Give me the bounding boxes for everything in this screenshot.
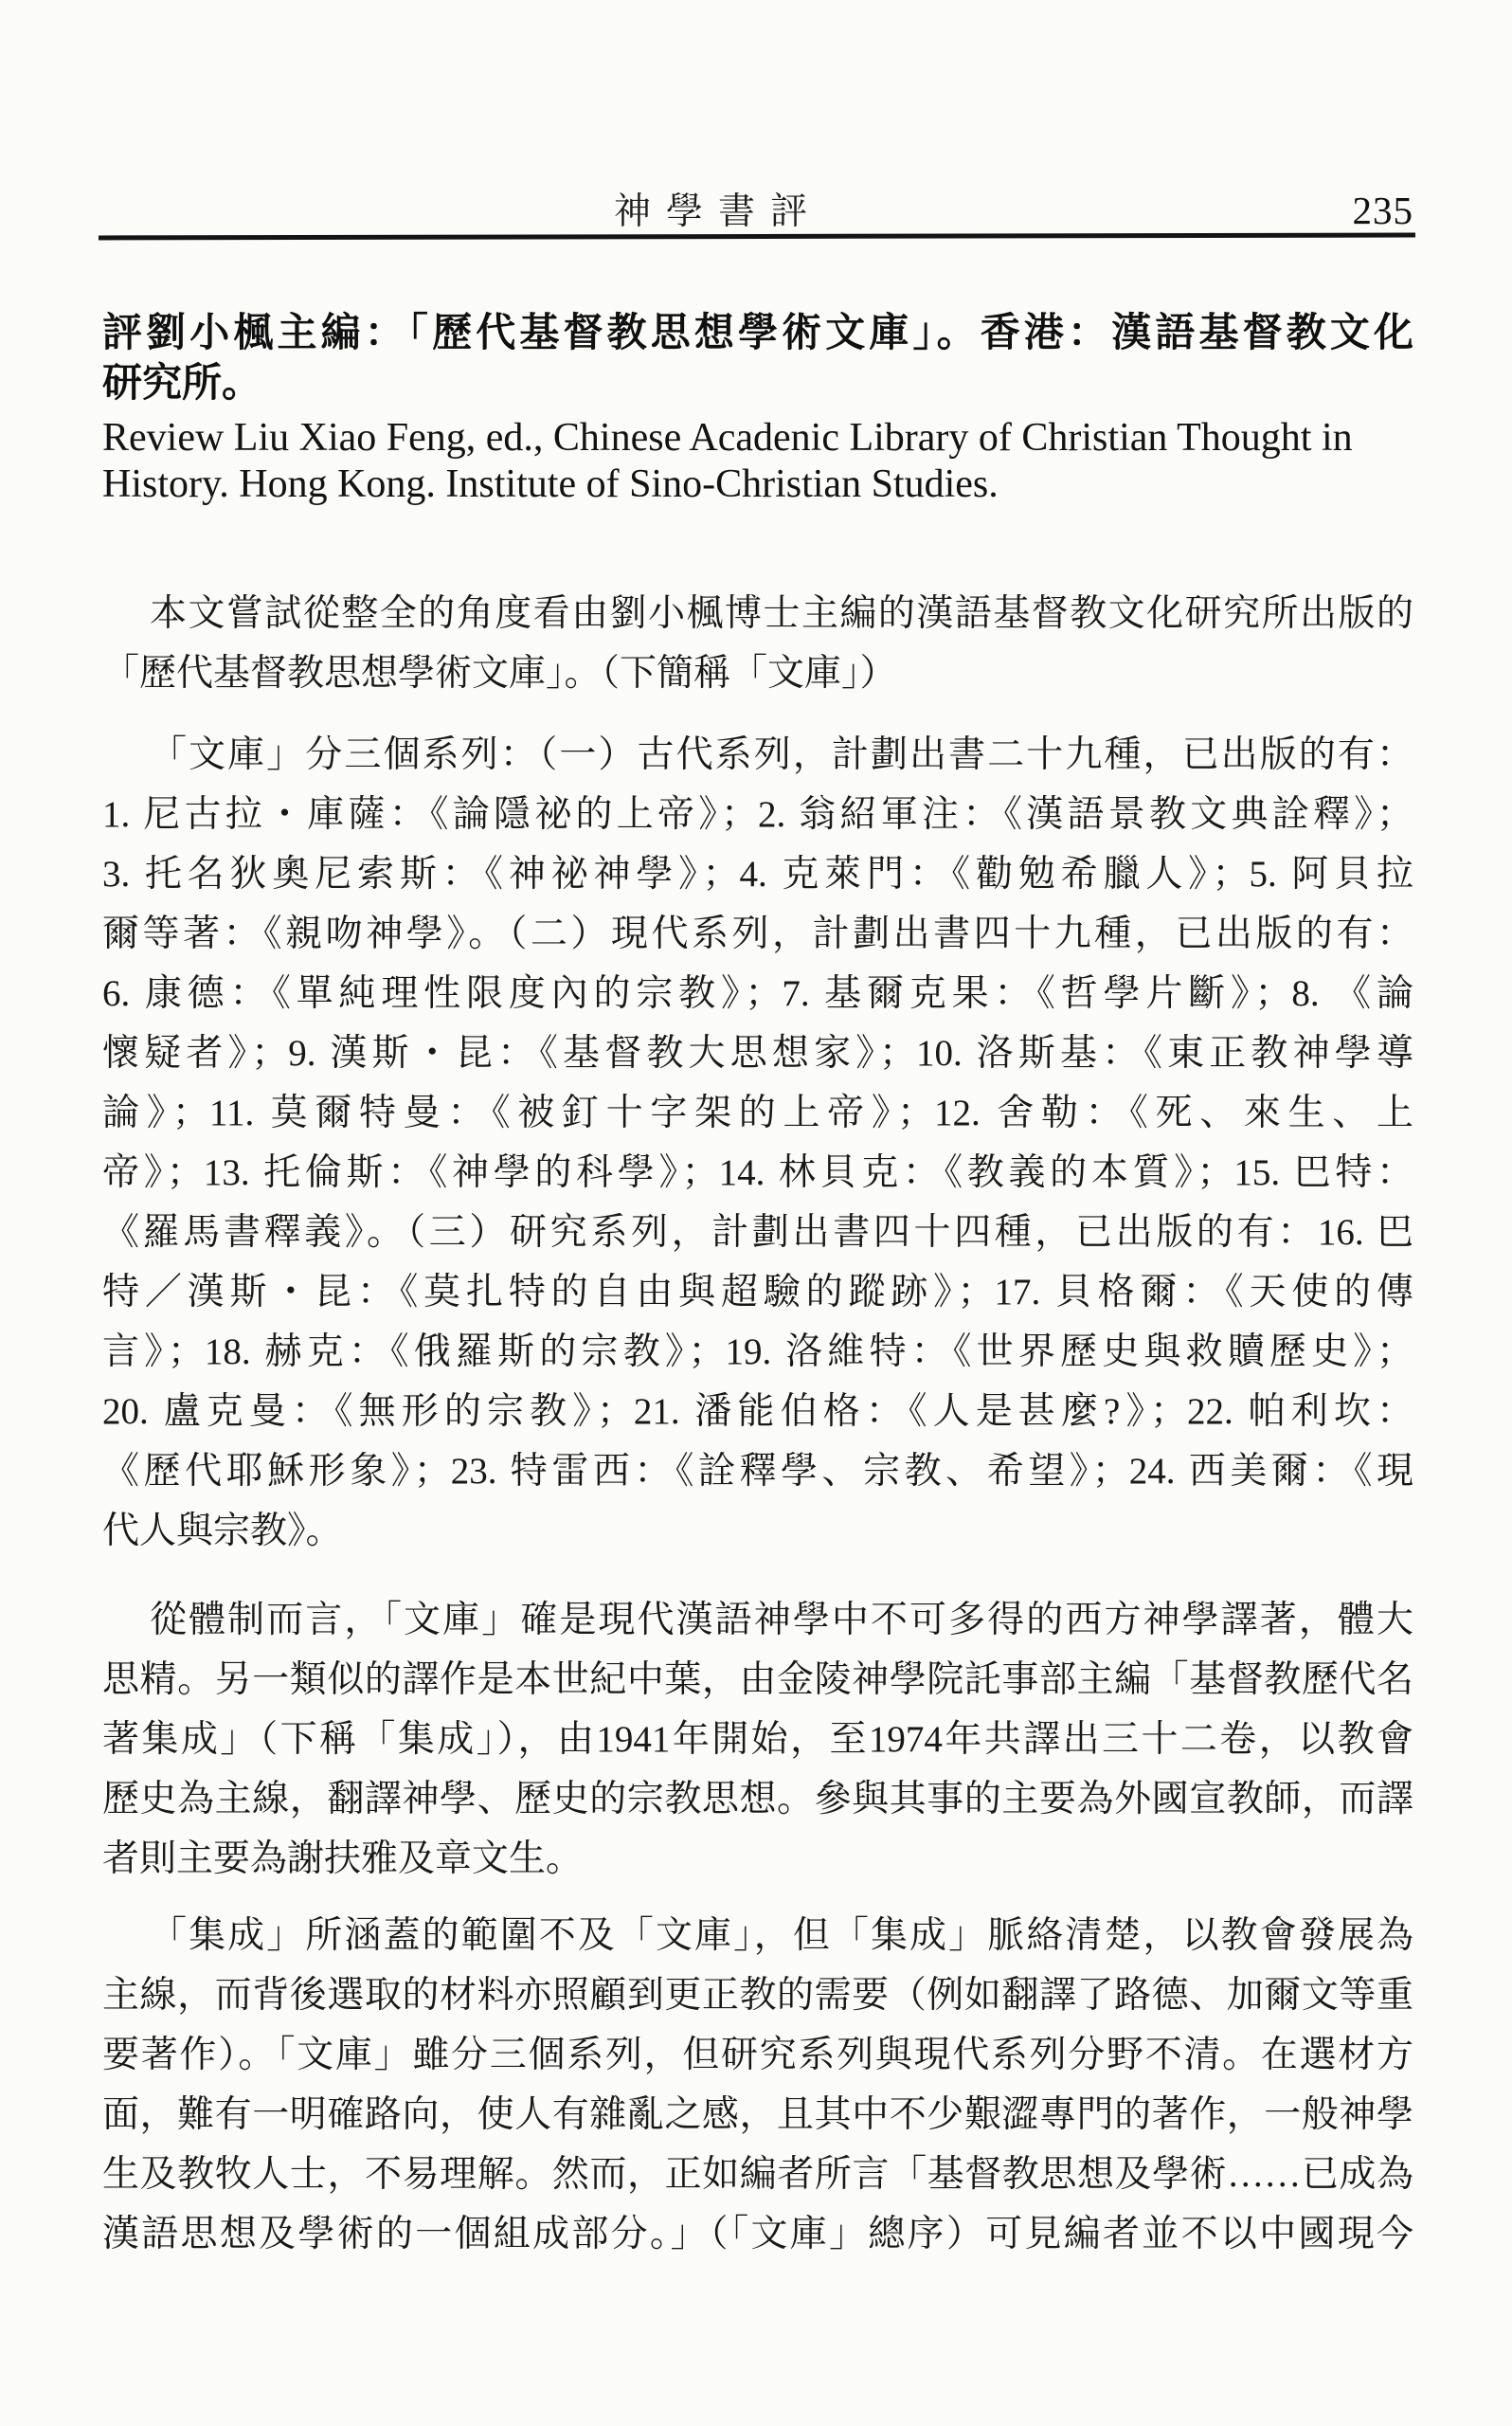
body-line: 著集成」（下稱「集成」），由1941年開始，至1974年共譯出三十二卷，以教會 xyxy=(102,1710,1413,1769)
body-line: 20. 盧克曼：《無形的宗教》；21. 潘能伯格：《人是甚麼?》；22. 帕利坎… xyxy=(102,1382,1413,1441)
page-number: 235 xyxy=(1353,188,1414,233)
body-line: 3. 托名狄奧尼索斯：《神祕神學》；4. 克萊門：《勸勉希臘人》；5. 阿貝拉 xyxy=(102,844,1413,904)
body-line: 面，難有一明確路向，使人有雜亂之感，且其中不少艱澀專門的著作，一般神學 xyxy=(102,2085,1413,2145)
body-line: 者則主要為謝扶雅及章文生。 xyxy=(102,1829,1413,1889)
running-head-journal-title: 神學書評 xyxy=(0,182,1474,235)
body-line: 言》；18. 赫克：《俄羅斯的宗教》；19. 洛維特：《世界歷史與救贖歷史》； xyxy=(102,1322,1413,1382)
body-line: 生及教牧人士，不易理解。然而，正如編者所言「基督教思想及學術……已成為 xyxy=(102,2145,1413,2204)
body-line: 「文庫」分三個系列：（一）古代系列，計劃出書二十九種，已出版的有： xyxy=(102,725,1413,785)
scanned-journal-page: 神學書評 235 評劉小楓主編：「歷代基督教思想學術文庫」。香港：漢語基督教文化… xyxy=(0,0,1512,2426)
body-line: 主線，而背後選取的材料亦照顧到更正教的需要（例如翻譯了路德、加爾文等重 xyxy=(102,1965,1413,2025)
body-line: 帝》；13. 托倫斯：《神學的科學》；14. 林貝克：《教義的本質》；15. 巴… xyxy=(102,1143,1413,1203)
body-line: 從體制而言，「文庫」確是現代漢語神學中不可多得的西方神學譯著，體大 xyxy=(102,1590,1413,1650)
body-line: 懷疑者》；9. 漢斯・昆：《基督教大思想家》；10. 洛斯基：《東正教神學導 xyxy=(102,1023,1413,1083)
body-line: 代人與宗教》。 xyxy=(102,1501,1413,1561)
paragraph-evaluation: 「集成」所涵蓋的範圍不及「文庫」，但「集成」脈絡清楚，以教會發展為 主線，而背後… xyxy=(102,1906,1413,2264)
body-line: 論》；11. 莫爾特曼：《被釘十字架的上帝》；12. 舍勒：《死、來生、上 xyxy=(102,1083,1413,1143)
body-line: 《歷代耶穌形象》；23. 特雷西：《詮釋學、宗教、希望》；24. 西美爾：《現 xyxy=(102,1441,1413,1501)
body-line: 歷史為主線，翻譯神學、歷史的宗教思想。參與其事的主要為外國宣教師，而譯 xyxy=(102,1769,1413,1829)
body-line: 「歷代基督教思想學術文庫」。（下簡稱「文庫」） xyxy=(102,643,1413,703)
body-line: 「集成」所涵蓋的範圍不及「文庫」，但「集成」脈絡清楚，以教會發展為 xyxy=(102,1906,1413,1965)
review-title-line: 評劉小楓主編：「歷代基督教思想學術文庫」。香港：漢語基督教文化 xyxy=(102,309,1413,359)
body-line: 爾等著：《親吻神學》。（二）現代系列，計劃出書四十九種，已出版的有： xyxy=(102,904,1413,964)
paragraph-comparison-jicheng: 從體制而言，「文庫」確是現代漢語神學中不可多得的西方神學譯著，體大 思精。另一類… xyxy=(102,1590,1413,1889)
body-line: 漢語思想及學術的一個組成部分。」（「文庫」總序）可見編者並不以中國現今 xyxy=(102,2204,1413,2264)
review-title-line: 研究所。 xyxy=(102,359,1413,409)
paragraph-intro: 本文嘗試從整全的角度看由劉小楓博士主編的漢語基督教文化研究所出版的 「歷代基督教… xyxy=(102,584,1413,703)
body-line: 6. 康德：《單純理性限度內的宗教》；7. 基爾克果：《哲學片斷》；8. 《論 xyxy=(102,964,1413,1023)
body-line: 本文嘗試從整全的角度看由劉小楓博士主編的漢語基督教文化研究所出版的 xyxy=(102,584,1413,643)
body-line: 要著作）。「文庫」雖分三個系列，但研究系列與現代系列分野不清。在選材方 xyxy=(102,2025,1413,2085)
body-line: 思精。另一類似的譯作是本世紀中葉，由金陵神學院託事部主編「基督教歷代名 xyxy=(102,1650,1413,1710)
review-title-english-line: History. Hong Kong. Institute of Sino-Ch… xyxy=(102,462,1413,508)
review-title-english: Review Liu Xiao Feng, ed., Chinese Acade… xyxy=(102,415,1413,508)
body-line: 《羅馬書釋義》。（三）研究系列，計劃出書四十四種，已出版的有：16. 巴 xyxy=(102,1203,1413,1262)
body-line: 1. 尼古拉・庫薩：《論隱祕的上帝》；2. 翁紹軍注：《漢語景教文典詮釋》； xyxy=(102,785,1413,844)
review-title-english-line: Review Liu Xiao Feng, ed., Chinese Acade… xyxy=(102,415,1413,462)
body-line: 特／漢斯・昆：《莫扎特的自由與超驗的蹤跡》；17. 貝格爾：《天使的傳 xyxy=(102,1262,1413,1322)
paragraph-series-list: 「文庫」分三個系列：（一）古代系列，計劃出書二十九種，已出版的有： 1. 尼古拉… xyxy=(102,725,1413,1561)
review-title-chinese: 評劉小楓主編：「歷代基督教思想學術文庫」。香港：漢語基督教文化 研究所。 xyxy=(102,309,1413,409)
